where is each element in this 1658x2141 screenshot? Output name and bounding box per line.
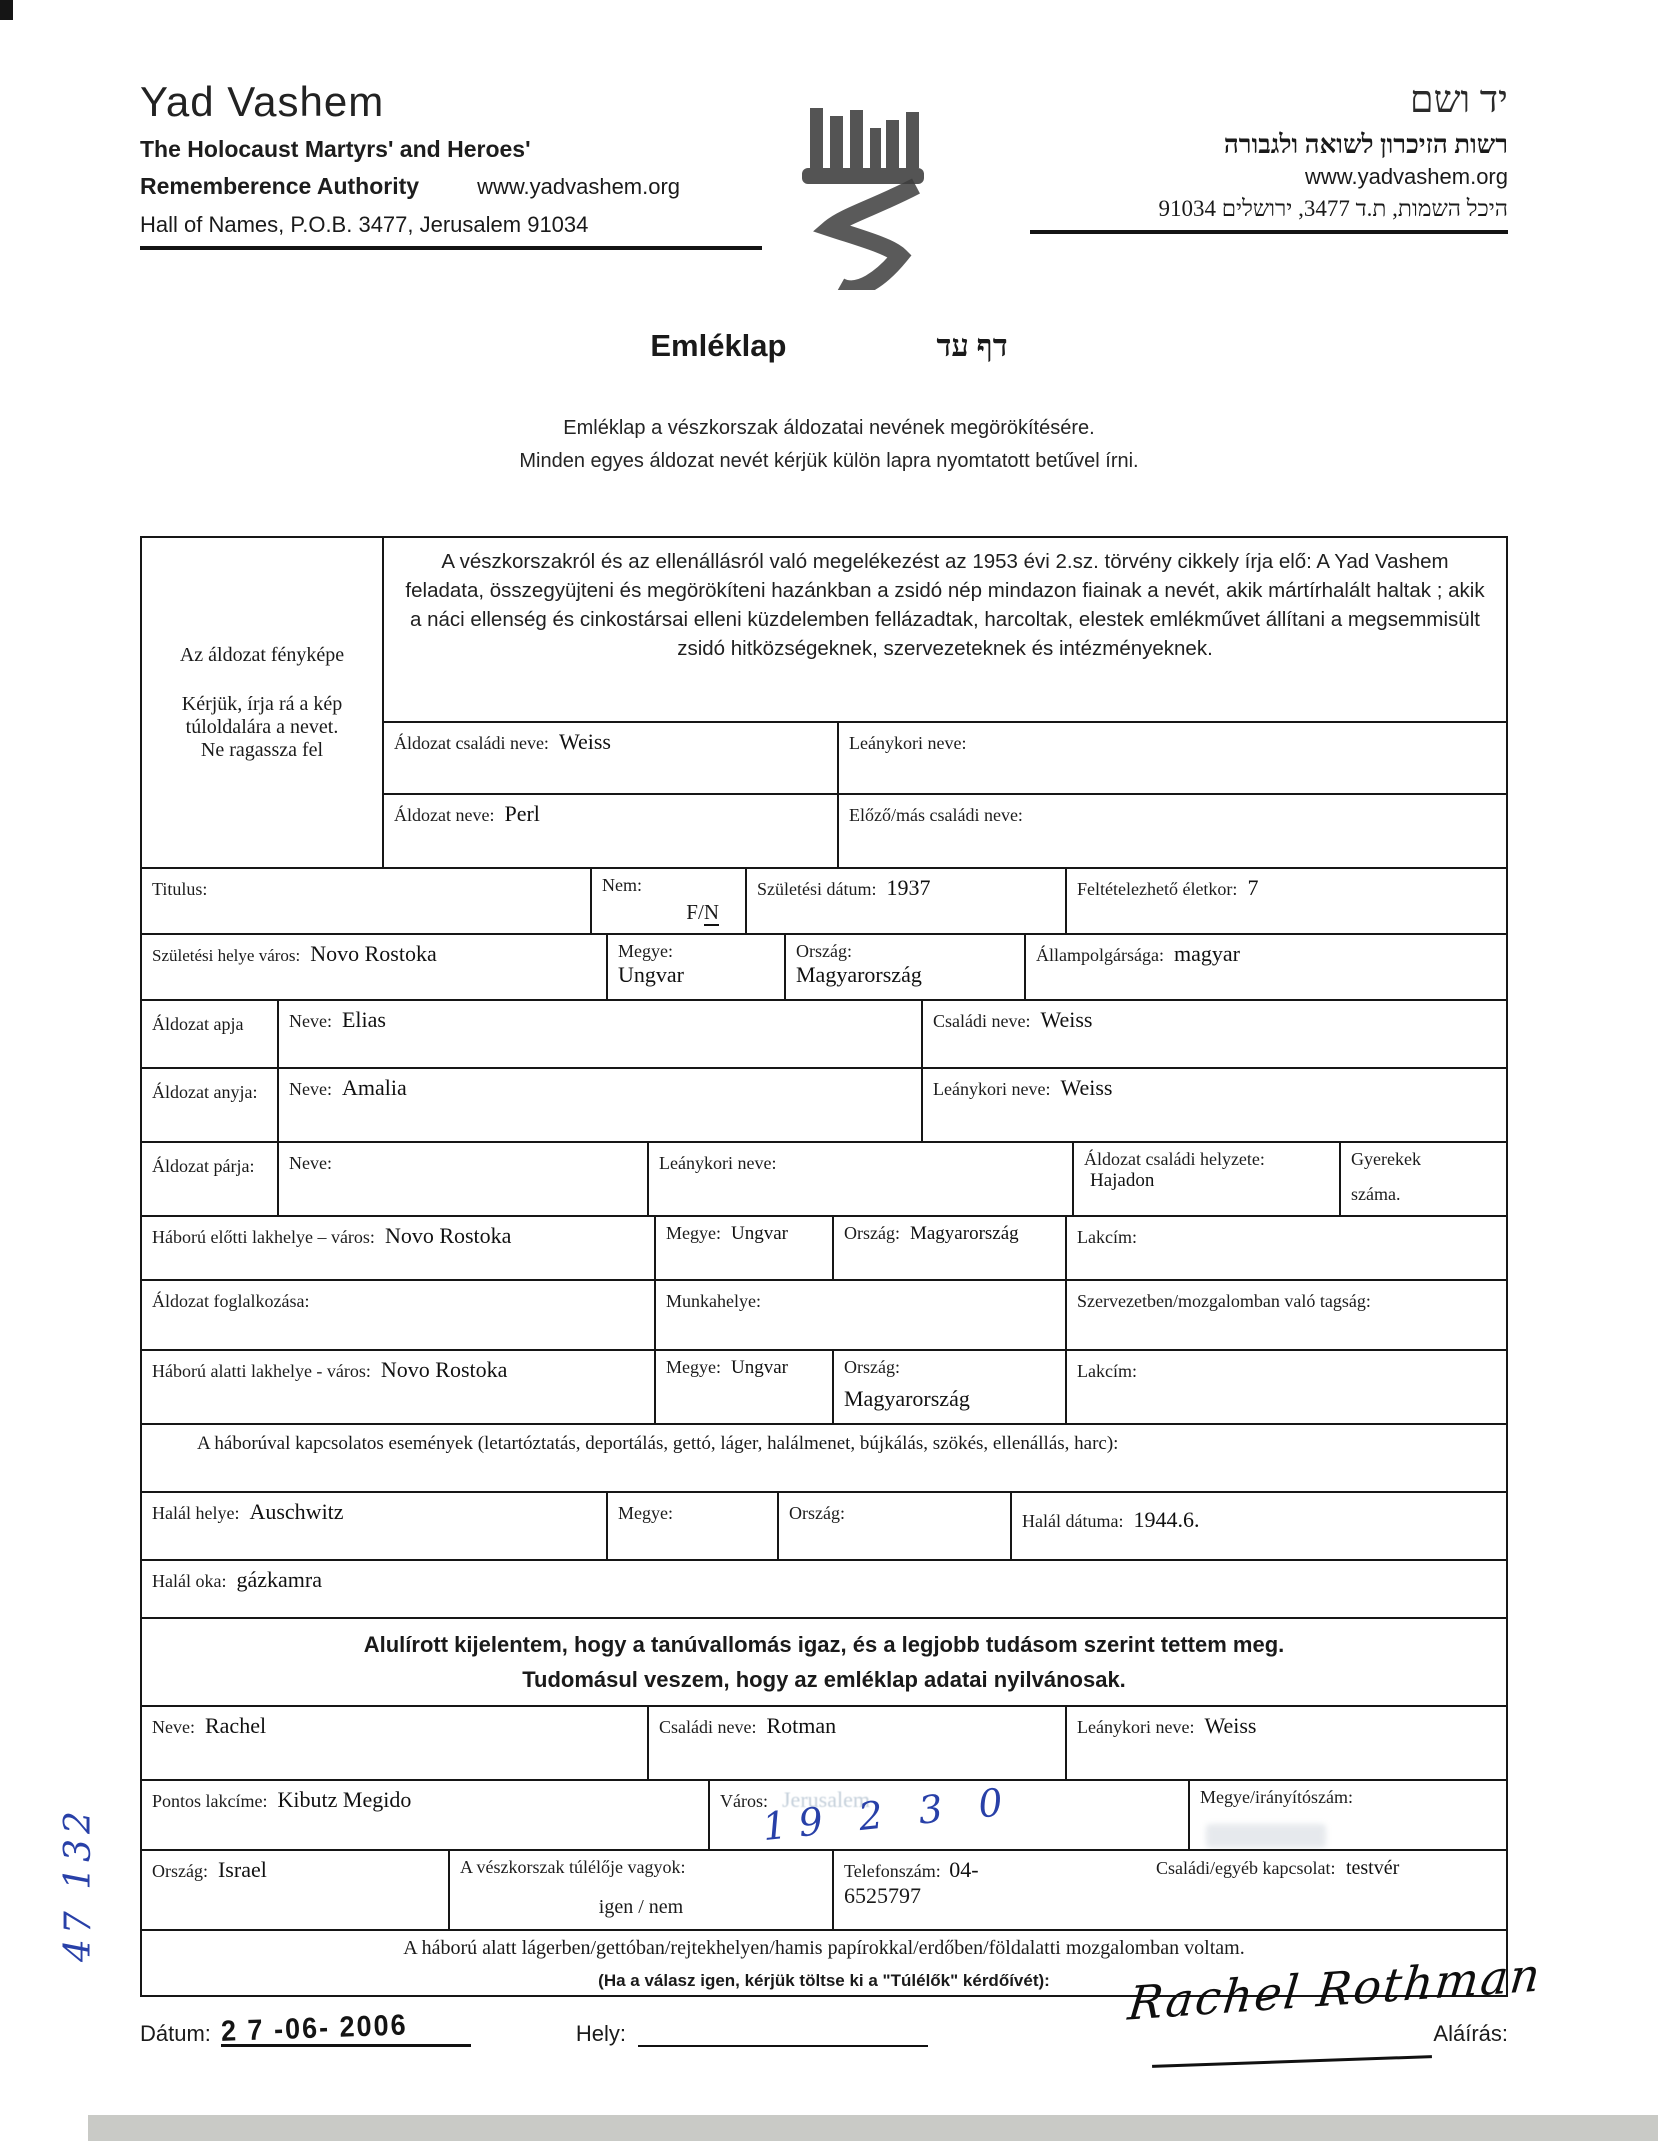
field-birth-city: Születési helye város: Novo Rostoka	[142, 935, 608, 999]
field-organization-membership: Szervezetben/mozgalomban való tagság:	[1067, 1281, 1510, 1349]
row-titulus: Titulus: Nem: F/N Születési dátum: 1937 …	[142, 869, 1506, 935]
field-death-date: Halál dátuma: 1944.6.	[1012, 1493, 1510, 1559]
row-family-name: Áldozat családi neve: Weiss Leánykori ne…	[384, 723, 1506, 795]
place-blank-line	[638, 2021, 928, 2047]
row-partner: Áldozat párja: Neve: Leánykori neve: Áld…	[142, 1143, 1506, 1217]
field-witness-address: Pontos lakcíme: Kibutz Megido	[142, 1781, 710, 1849]
field-birth-date: Születési dátum: 1937	[747, 869, 1067, 933]
photo-box-note: Kérjük, írja rá a kép túloldalára a neve…	[150, 693, 374, 762]
field-survivor: A vészkorszak túlélője vagyok: igen / ne…	[450, 1851, 834, 1929]
website-hebrew: www.yadvashem.org	[980, 164, 1508, 190]
signature-label: Aláírás:	[1433, 2021, 1508, 2047]
page-of-testimony-scan: Yad Vashem The Holocaust Martyrs' and He…	[0, 0, 1658, 2141]
org-name-english: Yad Vashem	[140, 78, 765, 126]
field-witness-maiden-name: Leánykori neve: Weiss	[1067, 1707, 1510, 1779]
field-victim-first-name: Áldozat neve: Perl	[384, 795, 839, 867]
label-victim-mother: Áldozat anyja:	[142, 1069, 279, 1141]
row-first-name: Áldozat neve: Perl Előző/más családi nev…	[384, 795, 1506, 867]
declaration-line-1: Alulírott kijelentem, hogy a tanúvallomá…	[364, 1632, 1285, 1658]
gender-options: F/N	[686, 900, 735, 927]
menorah-icon	[778, 90, 968, 290]
handwritten-margin-number: 47 132	[58, 1806, 99, 1962]
form-title-hebrew: דף עד	[936, 328, 1007, 364]
row-mother: Áldozat anyja: Neve: Amalia Leánykori ne…	[142, 1069, 1506, 1143]
field-presumed-age: Feltételezhető életkor: 7	[1067, 869, 1510, 933]
field-prewar-county: Megye: Ungvar	[656, 1217, 834, 1279]
place-group: Hely:	[576, 2021, 928, 2047]
row-prewar-residence: Háború előtti lakhelye – város: Novo Ros…	[142, 1217, 1506, 1281]
zip-faint-stamp	[1206, 1824, 1326, 1848]
row-death-cause: Halál oka: gázkamra	[142, 1561, 1506, 1619]
field-prewar-city: Háború előtti lakhelye – város: Novo Ros…	[142, 1217, 656, 1279]
field-previous-family-name: Előző/más családi neve:	[839, 795, 1506, 867]
field-children-count: Gyerekek száma.	[1341, 1143, 1510, 1215]
org-name-hebrew: יד ושם	[980, 78, 1508, 122]
org-subtitle-line1: The Holocaust Martyrs' and Heroes'	[140, 136, 765, 163]
field-prewar-address: Lakcím:	[1067, 1217, 1510, 1279]
field-death-place: Halál helye: Auschwitz	[142, 1493, 608, 1559]
field-father-family-name: Családi neve: Weiss	[923, 1001, 1510, 1067]
row-declaration: Alulírott kijelentem, hogy a tanúvallomá…	[142, 1619, 1506, 1707]
letterhead-english: Yad Vashem The Holocaust Martyrs' and He…	[140, 78, 765, 250]
row-wartime-residence: Háború alatti lakhelye - város: Novo Ros…	[142, 1351, 1506, 1425]
row-birth-place: Születési helye város: Novo Rostoka Megy…	[142, 935, 1506, 1001]
field-wartime-city: Háború alatti lakhelye - város: Novo Ros…	[142, 1351, 656, 1423]
declaration-text: Alulírott kijelentem, hogy a tanúvallomá…	[142, 1619, 1506, 1705]
gender-selected: N	[704, 900, 719, 926]
row-witness-country: Ország: Israel A vészkorszak túlélője va…	[142, 1851, 1506, 1931]
field-workplace: Munkahelye:	[656, 1281, 1067, 1349]
label-victim-partner: Áldozat párja:	[142, 1143, 279, 1215]
row-war-events: A háborúval kapcsolatos események (letar…	[142, 1425, 1506, 1493]
org-subtitle-hebrew: רשות הזיכרון לשואה ולגבורה	[980, 130, 1508, 160]
field-father-name: Neve: Elias	[279, 1001, 923, 1067]
row-death: Halál helye: Auschwitz Megye: Ország: Ha…	[142, 1493, 1506, 1561]
field-witness-family-name: Családi neve: Rotman	[649, 1707, 1067, 1779]
header-rule-right	[1030, 230, 1508, 234]
photo-box-title: Az áldozat fényképe	[150, 644, 374, 667]
field-phone-and-relation: Telefonszám: 04- 6525797 Családi/egyéb k…	[834, 1851, 1510, 1929]
field-witness-name: Neve: Rachel	[142, 1707, 649, 1779]
instruction-line-1: Emléklap a vészkorszak áldozatai nevének…	[0, 412, 1658, 445]
field-birth-county: Megye: Ungvar	[608, 935, 786, 999]
date-stamp-underline: 2 7 -06- 2006	[221, 2013, 471, 2047]
field-war-events: A háborúval kapcsolatos események (letar…	[142, 1425, 1506, 1491]
survivor-options: igen / nem	[599, 1896, 683, 1923]
field-partner-name: Neve:	[279, 1143, 649, 1215]
row-father: Áldozat apja Neve: Elias Családi neve: W…	[142, 1001, 1506, 1069]
address-hebrew: היכל השמות, ת.ד 3477, ירושלים 91034	[980, 196, 1508, 230]
field-prewar-country: Ország: Magyarország	[834, 1217, 1067, 1279]
field-titulus: Titulus:	[142, 869, 592, 933]
field-relation: Családi/egyéb kapcsolat: testvér	[1156, 1857, 1399, 1923]
field-witness-country: Ország: Israel	[142, 1851, 450, 1929]
field-victim-maiden-name: Leánykori neve:	[839, 723, 1506, 793]
field-mother-name: Neve: Amalia	[279, 1069, 923, 1141]
declaration-line-2: Tudomásul veszem, hogy az emléklap adata…	[522, 1667, 1126, 1693]
signature-underline	[1152, 2055, 1432, 2068]
top-section: Az áldozat fényképe Kérjük, írja rá a ké…	[142, 538, 1506, 869]
form-title-hungarian: Emléklap	[650, 328, 786, 364]
field-occupation: Áldozat foglalkozása:	[142, 1281, 656, 1349]
photo-box: Az áldozat fényképe Kérjük, írja rá a ké…	[142, 538, 384, 867]
yad-vashem-logo	[765, 90, 980, 290]
field-partner-maiden-name: Leánykori neve:	[649, 1143, 1074, 1215]
signature-group: Aláírás:	[1433, 2021, 1508, 2047]
letterhead-hebrew: יד ושם רשות הזיכרון לשואה ולגבורה www.ya…	[980, 78, 1508, 234]
field-mother-maiden-name: Leánykori neve: Weiss	[923, 1069, 1510, 1141]
place-label: Hely:	[576, 2021, 626, 2047]
row-witness-name: Neve: Rachel Családi neve: Rotman Leányk…	[142, 1707, 1506, 1781]
field-wartime-country: Ország: Magyarország	[834, 1351, 1067, 1423]
form-instructions: Emléklap a vészkorszak áldozatai nevének…	[0, 412, 1658, 478]
top-right-section: A vészkorszakról és az ellenállásról val…	[384, 538, 1506, 867]
field-citizenship: Állampolgársága: magyar	[1026, 935, 1510, 999]
field-phone: Telefonszám: 04- 6525797	[844, 1857, 1114, 1923]
field-death-country: Ország:	[779, 1493, 1012, 1559]
legal-paragraph: A vészkorszakról és az ellenállásról val…	[384, 538, 1506, 723]
instruction-line-2: Minden egyes áldozat nevét kérjük külön …	[0, 445, 1658, 478]
scan-edge-band	[88, 2115, 1658, 2141]
field-wartime-address: Lakcím:	[1067, 1351, 1510, 1423]
address-english: Hall of Names, P.O.B. 3477, Jerusalem 91…	[140, 212, 765, 246]
label-victim-father: Áldozat apja	[142, 1001, 279, 1067]
website-english: www.yadvashem.org	[477, 174, 680, 200]
letterhead: Yad Vashem The Holocaust Martyrs' and He…	[140, 78, 1508, 290]
field-death-county: Megye:	[608, 1493, 779, 1559]
field-witness-county-zip: Megye/irányítószám:	[1190, 1781, 1510, 1849]
scan-corner-artifact	[0, 0, 13, 20]
field-gender: Nem: F/N	[592, 869, 747, 933]
field-wartime-county: Megye: Ungvar	[656, 1351, 834, 1423]
field-marital-status: Áldozat családi helyzete: Hajadon	[1074, 1143, 1341, 1215]
form-table: Az áldozat fényképe Kérjük, írja rá a ké…	[140, 536, 1508, 1997]
field-birth-country: Ország: Magyarország	[786, 935, 1026, 999]
field-death-cause: Halál oka: gázkamra	[142, 1561, 1506, 1617]
date-label: Dátum:	[140, 2021, 211, 2047]
date-stamp: 2 7 -06- 2006	[220, 2009, 408, 2049]
form-title: Emléklap דף עד	[0, 328, 1658, 364]
field-victim-family-name: Áldozat családi neve: Weiss	[384, 723, 839, 793]
row-occupation: Áldozat foglalkozása: Munkahelye: Szerve…	[142, 1281, 1506, 1351]
wartime-note-line-1: A háború alatt lágerben/gettóban/rejtekh…	[142, 1937, 1506, 1960]
org-subtitle-line2: Rememberence Authority	[140, 173, 419, 200]
header-rule-left	[140, 246, 762, 250]
